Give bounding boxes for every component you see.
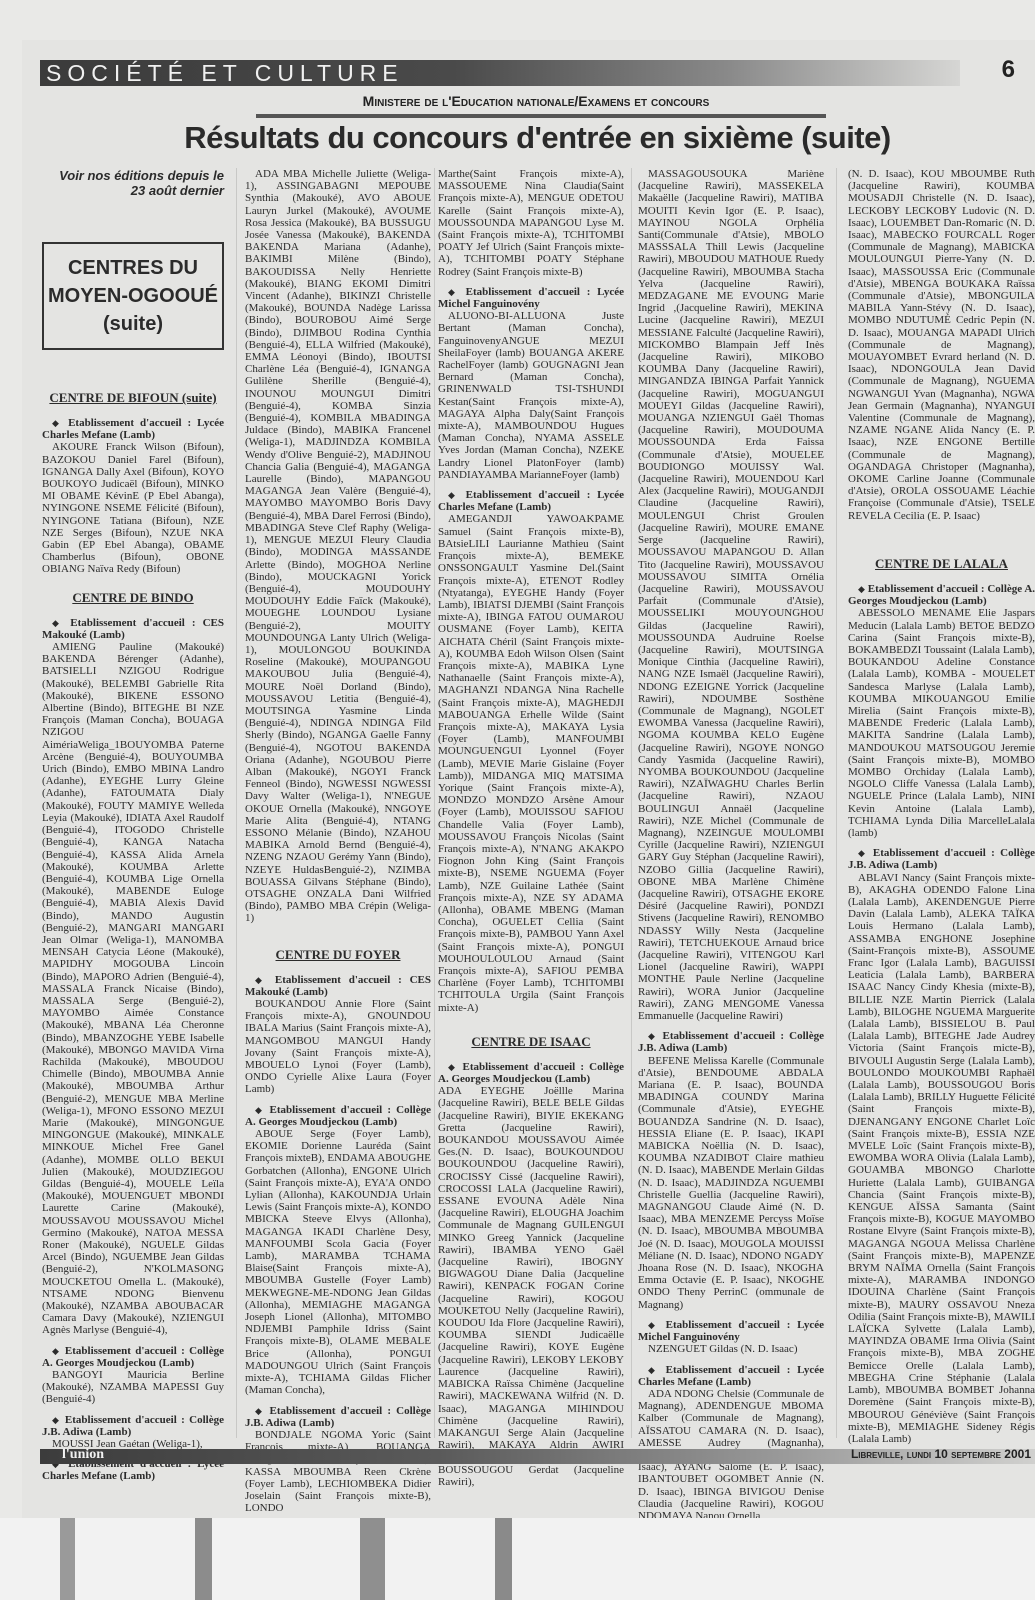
establishment-heading: ◆ Etablissement d'accueil : Lycée Charle… [638,1364,824,1388]
column-5: (N. D. Isaac), KOU MBOUMBE Ruth (Jacquel… [848,168,1035,1463]
establishment-heading: ◆ Etablissement d'accueil : Collège J.B.… [638,1030,824,1054]
diamond-bullet-icon: ◆ [448,1062,457,1072]
establishment-heading: ◆ Etablissement d'accueil : Lycée Michel… [638,1319,824,1343]
names-list: BONDJALE NGOMA Yoric (Saint François mix… [245,1429,431,1514]
establishment-heading: ◆ Etablissement d'accueil : Collège A. G… [245,1104,431,1128]
centre-heading: CENTRE DE ISAAC [438,1034,624,1049]
column-2: ADA MBA Michelle Juliette (Weliga-1), AS… [245,168,431,1514]
column-3: Marthe(Saint François mixte-A), MASSOUEM… [438,168,624,1488]
names-list: Marthe(Saint François mixte-A), MASSOUEM… [438,168,624,278]
centre-heading: CENTRE DE BINDO [42,590,224,605]
names-list: ALUONO-BI-ALLUONA Juste Bertant (Maman C… [438,310,624,481]
diamond-bullet-icon: ◆ [52,618,63,628]
names-list: AMIENG Pauline (Makouké) BAKENDA Bérenge… [42,641,224,1337]
column-1: Voir nos éditions depuis le 23 août dern… [42,168,224,1483]
diamond-bullet-icon: ◆ [52,418,62,428]
diamond-bullet-icon: ◆ [648,1365,659,1375]
diamond-bullet-icon: ◆ [858,584,865,594]
newspaper-brand: l'union [62,1447,104,1463]
page-number: 6 [1002,56,1015,84]
scan-background [0,1518,1035,1600]
column-divider [836,168,837,1438]
establishment-heading: ◆ Etablissement d'accueil : Collège A. G… [42,1345,224,1369]
diamond-bullet-icon: ◆ [255,975,267,985]
establishment-heading: ◆ Etablissement d'accueil : Collège J.B.… [245,1405,431,1429]
establishment-heading: ◆ Etablissement d'accueil : Collège J.B.… [42,1414,224,1438]
diamond-bullet-icon: ◆ [52,1346,61,1356]
names-list: BEFENE Melissa Karelle (Communale d'Atsi… [638,1055,824,1311]
establishment-heading: ◆ Etablissement d'accueil : Collège J.B.… [848,847,1035,871]
names-list: ADA EYEGHE Joëllle Marina (Jacqueline Ra… [438,1085,624,1488]
diamond-bullet-icon: ◆ [648,1320,659,1330]
column-divider [631,168,632,1438]
establishment-heading: ◆ Etablissement d'accueil : Collège A. G… [438,1061,624,1085]
column-4: MASSAGOUSOUKA Mariène (Jacqueline Rawiri… [638,168,824,1522]
establishment-heading: ◆ Etablissement d'accueil : Lycée Michel… [438,286,624,310]
diamond-bullet-icon: ◆ [448,287,459,297]
establishment-heading: ◆ Etablissement d'accueil : Lycée Charle… [42,417,224,441]
centre-heading: CENTRE DE LALALA [848,556,1035,571]
diamond-bullet-icon: ◆ [858,848,868,858]
region-title-box: CENTRES DU MOYEN-OGOOUÉ (suite) [42,242,224,350]
establishment-heading: ◆ Etablissement d'accueil : CES Makouké … [245,974,431,998]
names-list: (N. D. Isaac), KOU MBOUMBE Ruth (Jacquel… [848,168,1035,522]
centre-heading: CENTRE DE BIFOUN (suite) [42,390,224,405]
names-list: ABOUE Serge (Foyer Lamb), EKOMIE Dorienn… [245,1128,431,1396]
names-list: ABESSOLO MENAME Elie Jaspars Meducin (La… [848,607,1035,839]
establishment-heading: ◆ Etablissement d'accueil : CES Makouké … [42,617,224,641]
diamond-bullet-icon: ◆ [648,1031,657,1041]
column-divider [434,168,435,1438]
establishment-heading: ◆ Etablissement d'accueil : Collège A. G… [848,583,1035,607]
see-previous-editions: Voir nos éditions depuis le 23 août dern… [42,168,224,198]
names-list: NZENGUET Gildas (N. D. Isaac) [638,1343,824,1355]
establishment-heading: ◆ Etablissement d'accueil : Lycée Charle… [438,489,624,513]
names-list: BANGOYI Mauricia Berline (Makouké), NZAM… [42,1369,224,1406]
names-list: ADA MBA Michelle Juliette (Weliga-1), AS… [245,168,431,925]
diamond-bullet-icon: ◆ [255,1406,264,1416]
names-list: ABLAVI Nancy (Saint François mixte-B), A… [848,872,1035,1446]
diamond-bullet-icon: ◆ [255,1105,264,1115]
names-list: BOUKANDOU Annie Flore (Saint François mi… [245,998,431,1096]
headline: Résultats du concours d'entrée en sixièm… [40,120,1035,156]
names-list: AKOURE Franck Wilson (Bifoun), BAZOKOU D… [42,441,224,575]
dateline: Libreville, lundi 10 septembre 2001 [851,1447,1031,1461]
centre-heading: CENTRE DU FOYER [245,947,431,962]
kicker: Ministere de l'Education nationale/Exame… [256,93,816,109]
names-list: MASSAGOUSOUKA Mariène (Jacqueline Rawiri… [638,168,824,1022]
section-title: SOCIÉTÉ ET CULTURE [46,59,404,87]
column-divider [236,168,237,1438]
diamond-bullet-icon: ◆ [52,1415,61,1425]
names-list: AMEGANDJI YAWOAKPAME Samuel (Saint Franç… [438,513,624,1013]
diamond-bullet-icon: ◆ [448,490,459,500]
kicker-rule [256,114,826,118]
